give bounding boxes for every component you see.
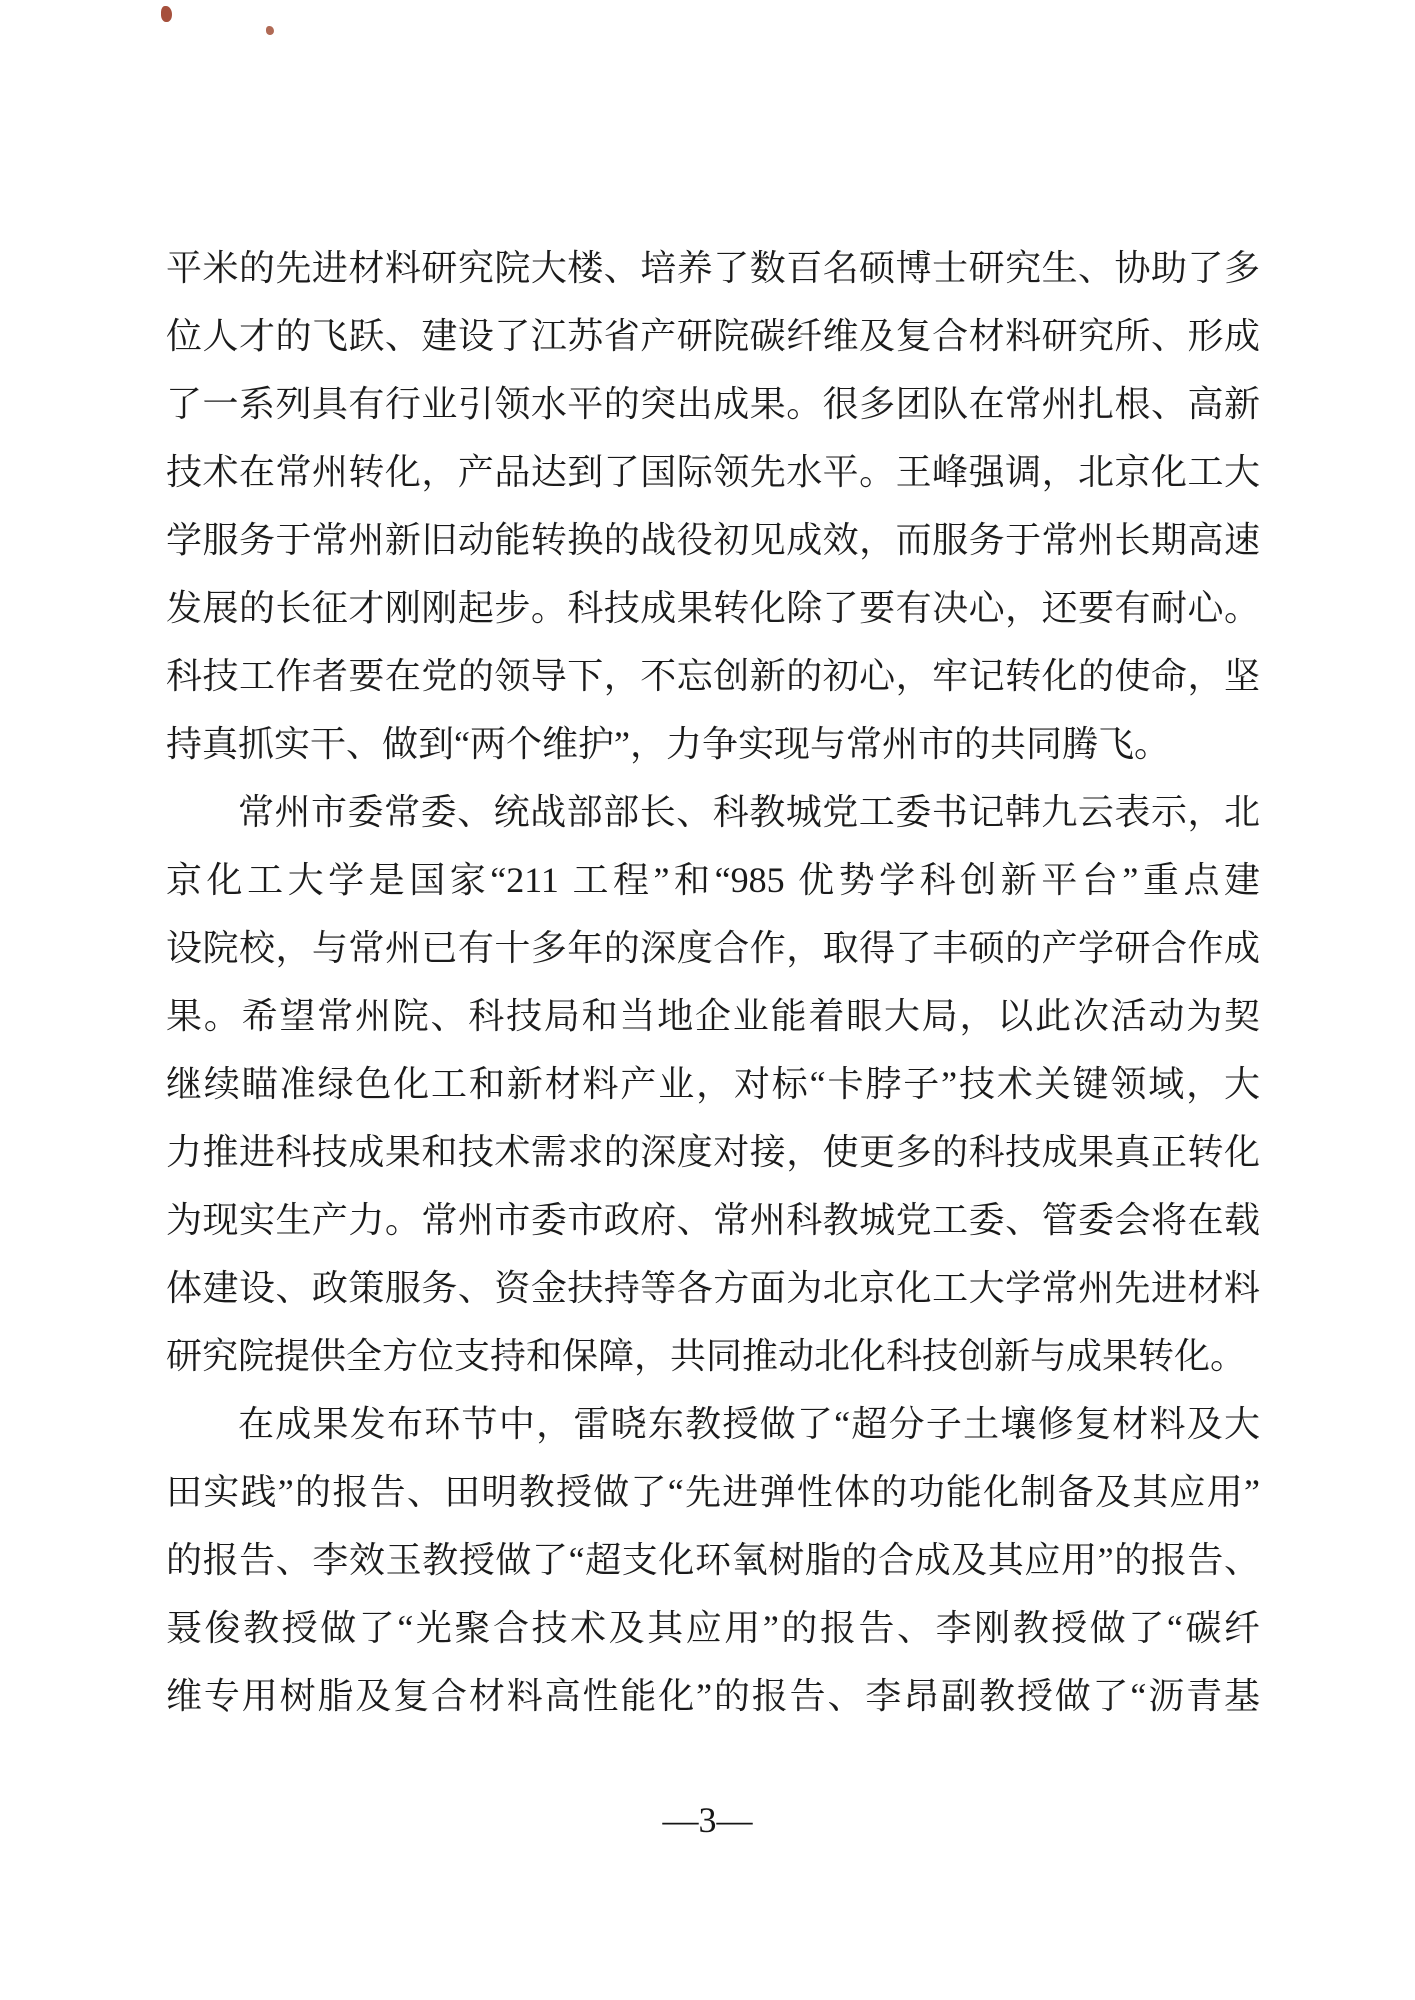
text-line: 平米的先进材料研究院大楼、培养了数百名硕博士研究生、协助了多 (166, 234, 1260, 302)
text-line: 在成果发布环节中，雷晓东教授做了“超分子土壤修复材料及大 (166, 1390, 1260, 1458)
page-number: —3— (663, 1800, 753, 1840)
text-line: 力推进科技成果和技术需求的深度对接，使更多的科技成果真正转化 (166, 1118, 1260, 1186)
text-line: 聂俊教授做了“光聚合技术及其应用”的报告、李刚教授做了“碳纤 (166, 1594, 1260, 1662)
text-line: 继续瞄准绿色化工和新材料产业，对标“卡脖子”技术关键领域，大 (166, 1050, 1260, 1118)
text-line: 了一系列具有行业引领水平的突出成果。很多团队在常州扎根、高新 (166, 370, 1260, 438)
text-line: 发展的长征才刚刚起步。科技成果转化除了要有决心，还要有耐心。 (166, 574, 1260, 642)
text-line: 的报告、李效玉教授做了“超支化环氧树脂的合成及其应用”的报告、 (166, 1526, 1260, 1594)
page-footer: —3— (0, 1796, 1415, 1844)
text-line: 设院校，与常州已有十多年的深度合作，取得了丰硕的产学研合作成 (166, 914, 1260, 982)
text-line: 持真抓实干、做到“两个维护”，力争实现与常州市的共同腾飞。 (166, 710, 1260, 778)
body-text: 平米的先进材料研究院大楼、培养了数百名硕博士研究生、协助了多位人才的飞跃、建设了… (166, 234, 1260, 1730)
text-line: 体建设、政策服务、资金扶持等各方面为北京化工大学常州先进材料 (166, 1254, 1260, 1322)
text-line: 技术在常州转化，产品达到了国际领先水平。王峰强调，北京化工大 (166, 438, 1260, 506)
text-line: 维专用树脂及复合材料高性能化”的报告、李昂副教授做了“沥青基 (166, 1662, 1260, 1730)
text-line: 田实践”的报告、田明教授做了“先进弹性体的功能化制备及其应用” (166, 1458, 1260, 1526)
text-line: 果。希望常州院、科技局和当地企业能着眼大局，以此次活动为契机， (166, 982, 1260, 1050)
text-line: 京化工大学是国家“211 工程”和“985 优势学科创新平台”重点建 (166, 846, 1260, 914)
text-line: 科技工作者要在党的领导下，不忘创新的初心，牢记转化的使命，坚 (166, 642, 1260, 710)
document-page: 平米的先进材料研究院大楼、培养了数百名硕博士研究生、协助了多位人才的飞跃、建设了… (0, 0, 1415, 2000)
text-line: 为现实生产力。常州市委市政府、常州科教城党工委、管委会将在载 (166, 1186, 1260, 1254)
text-line: 学服务于常州新旧动能转换的战役初见成效，而服务于常州长期高速 (166, 506, 1260, 574)
text-line: 位人才的飞跃、建设了江苏省产研院碳纤维及复合材料研究所、形成 (166, 302, 1260, 370)
text-line: 常州市委常委、统战部部长、科教城党工委书记韩九云表示，北 (166, 778, 1260, 846)
text-line: 研究院提供全方位支持和保障，共同推动北化科技创新与成果转化。 (166, 1322, 1260, 1390)
scan-speck (266, 26, 274, 35)
scan-speck (161, 6, 172, 22)
